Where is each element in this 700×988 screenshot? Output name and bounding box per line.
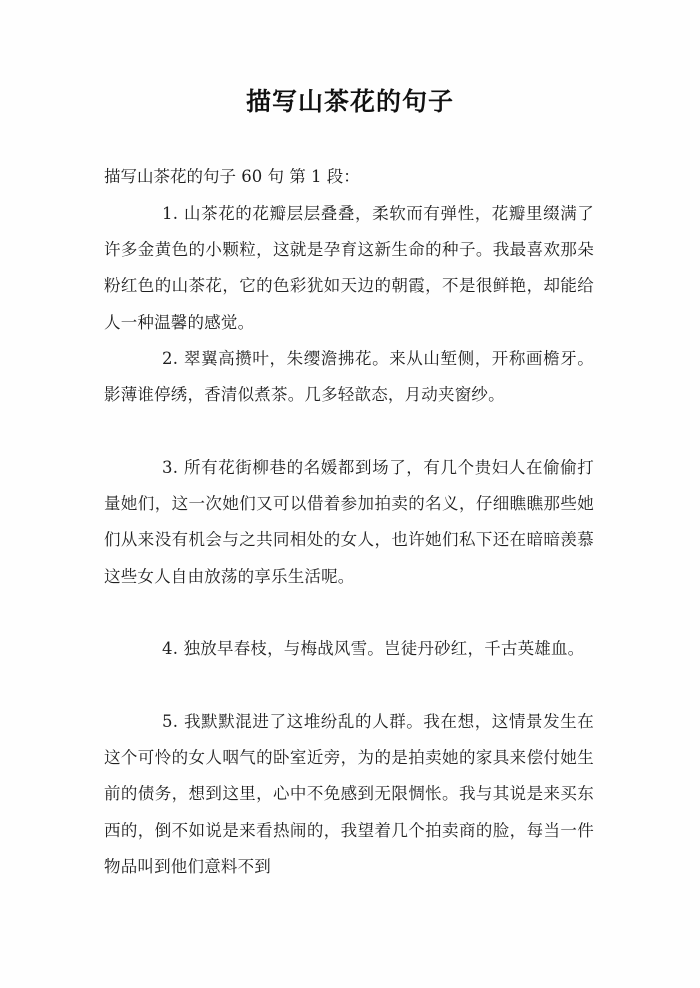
intro-line: 描写山茶花的句子 60 句 第 1 段： (104, 162, 596, 192)
paragraph-4: 4. 独放早春枝，与梅战风雪。岂徒丹砂红，千古英雄血。 (104, 631, 594, 667)
document-page: 描写山茶花的句子 描写山茶花的句子 60 句 第 1 段： 1. 山茶花的花瓣层… (0, 0, 700, 988)
document-title: 描写山茶花的句子 (0, 82, 700, 122)
paragraph-3: 3. 所有花街柳巷的名媛都到场了，有几个贵妇人在偷偷打量她们，这一次她们又可以借… (104, 450, 594, 595)
paragraph-1: 1. 山茶花的花瓣层层叠叠，柔软而有弹性，花瓣里缀满了许多金黄色的小颗粒，这就是… (104, 196, 594, 341)
paragraph-2: 2. 翠翼高攒叶，朱缨澹拂花。来从山堑侧，开称画檐牙。影薄谁停绣，香清似煮茶。几… (104, 341, 594, 413)
paragraph-5: 5. 我默默混进了这堆纷乱的人群。我在想，这情景发生在这个可怜的女人咽气的卧室近… (104, 704, 594, 885)
